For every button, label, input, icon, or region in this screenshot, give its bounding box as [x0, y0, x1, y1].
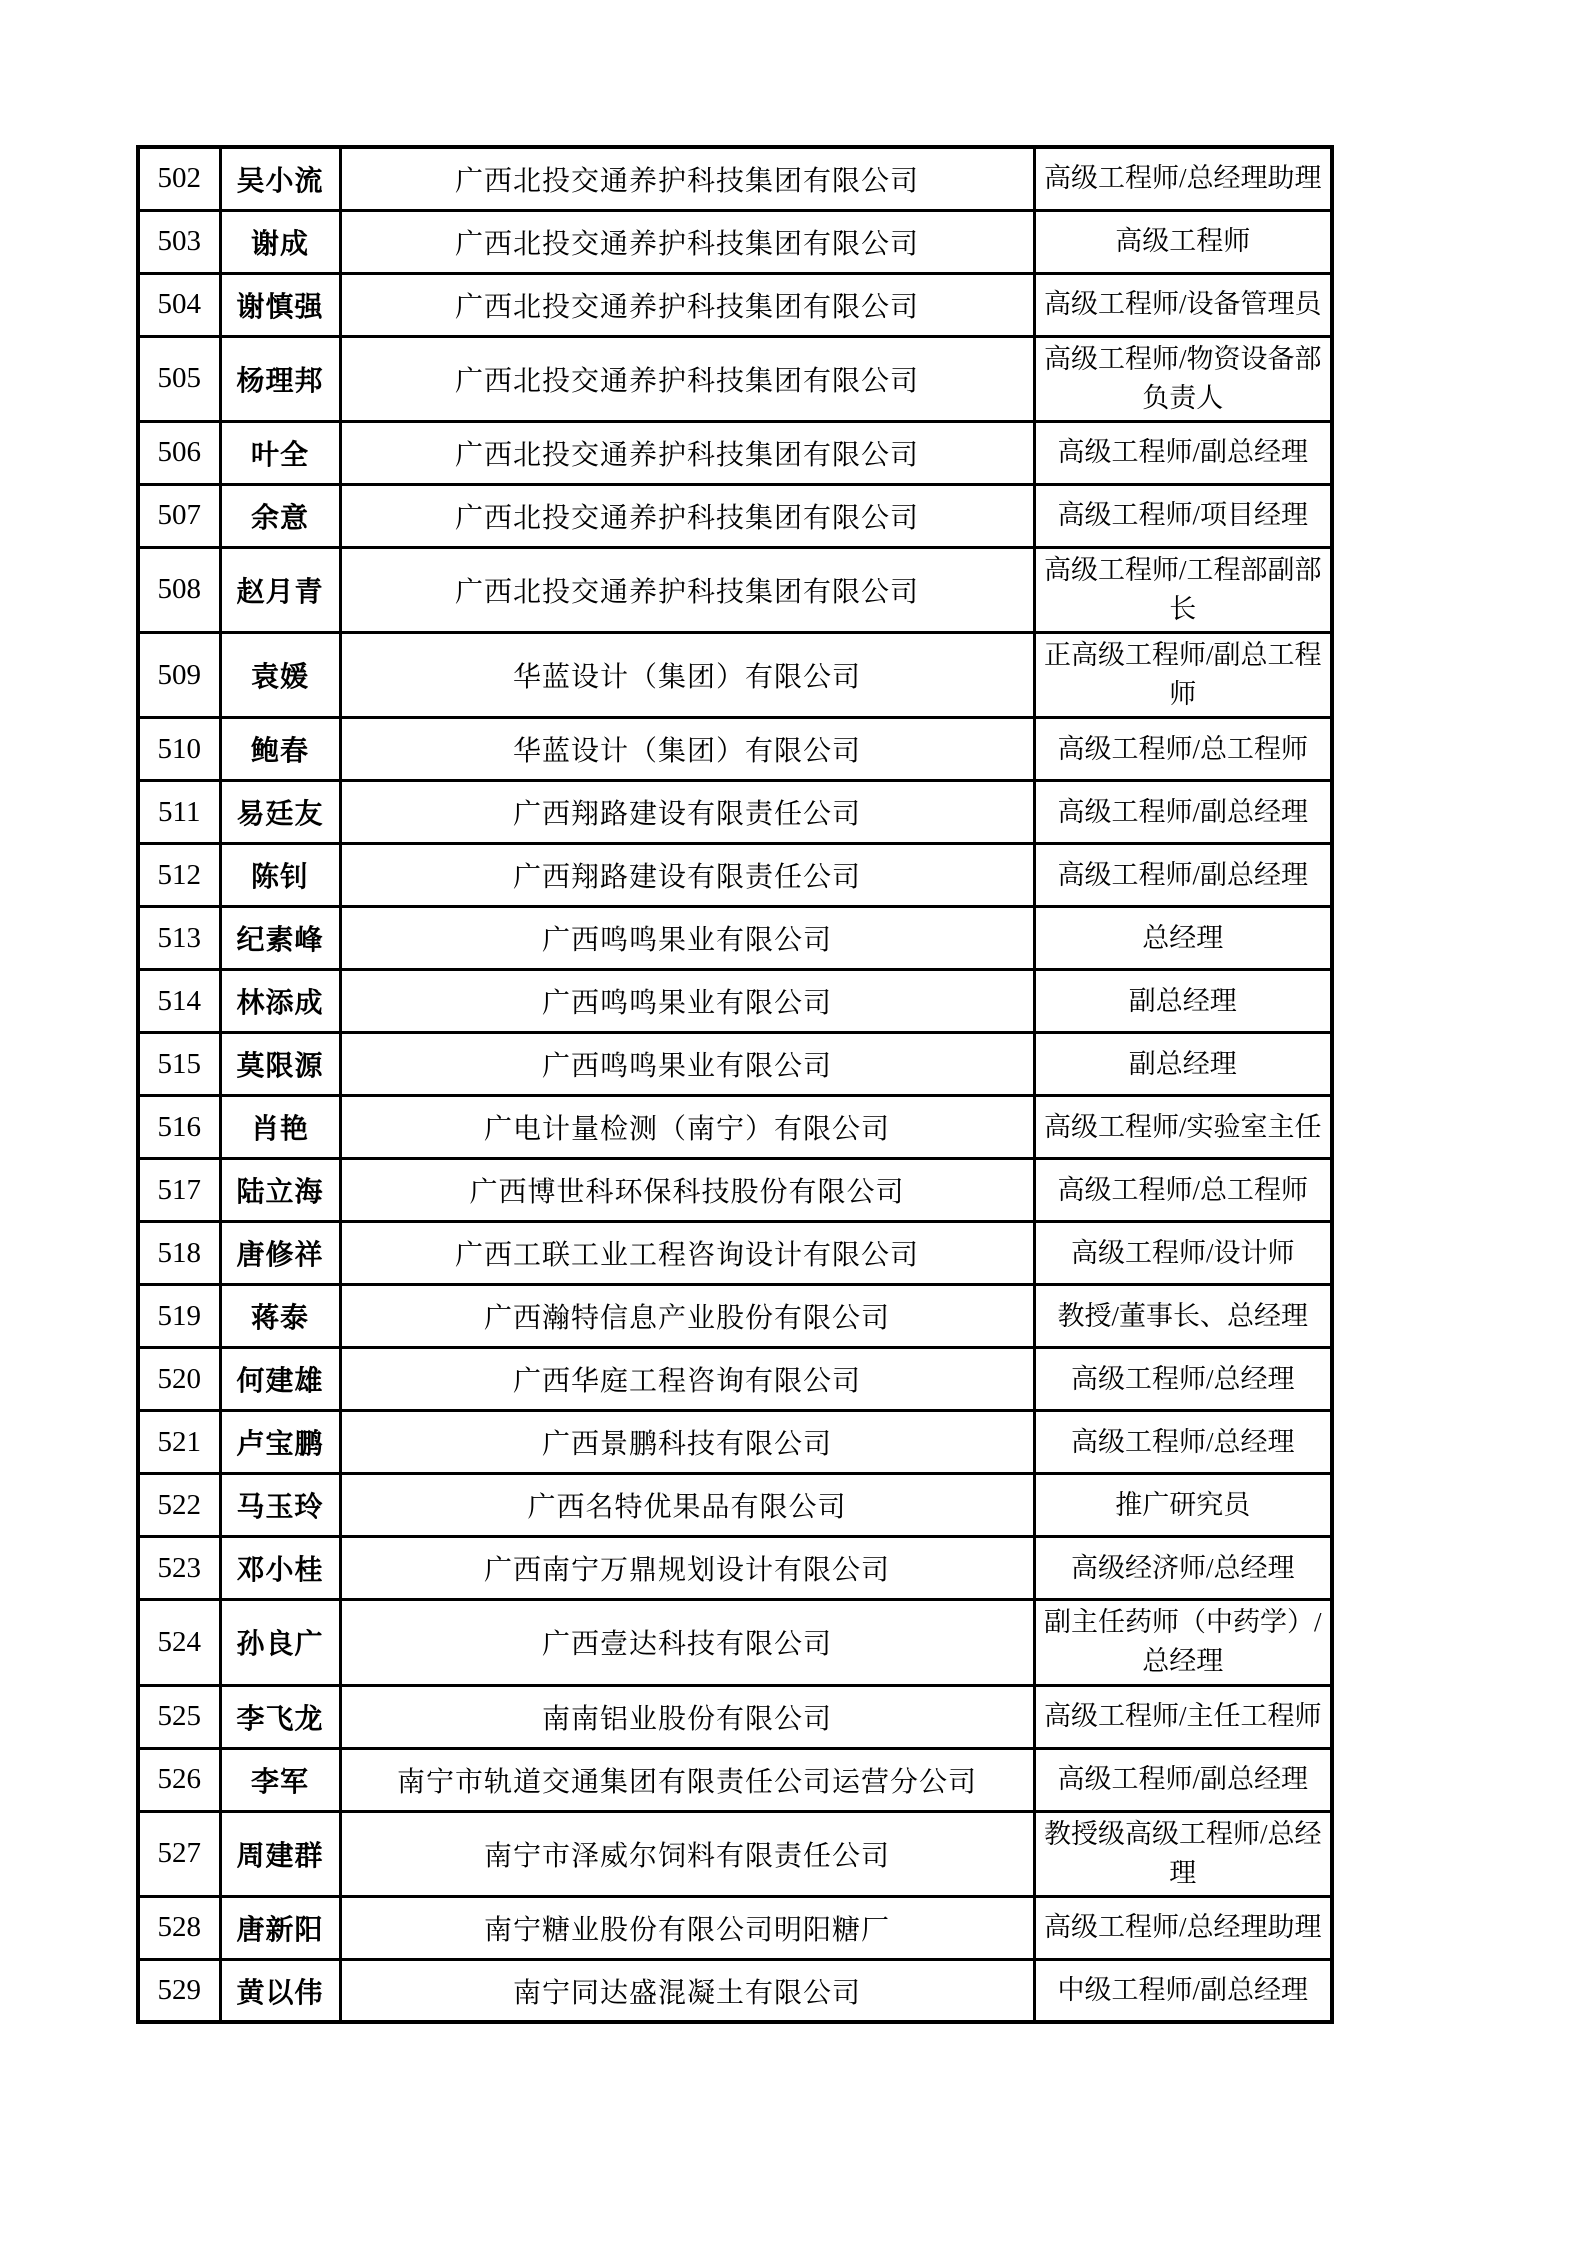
company-cell: 广西北投交通养护科技集团有限公司	[340, 484, 1034, 547]
table-row: 510 鲍春 华蓝设计（集团）有限公司 高级工程师/总工程师	[138, 718, 1332, 781]
person-name-cell: 周建群	[220, 1811, 340, 1896]
company-cell: 广西北投交通养护科技集团有限公司	[340, 336, 1034, 421]
company-cell: 南宁市泽威尔饲料有限责任公司	[340, 1811, 1034, 1896]
table-row: 504 谢慎强 广西北投交通养护科技集团有限公司 高级工程师/设备管理员	[138, 273, 1332, 336]
table-row: 506 叶全 广西北投交通养护科技集团有限公司 高级工程师/副总经理	[138, 421, 1332, 484]
company-cell: 华蓝设计（集团）有限公司	[340, 633, 1034, 718]
row-number-cell: 516	[138, 1096, 220, 1159]
row-number-cell: 523	[138, 1537, 220, 1600]
row-number-cell: 504	[138, 273, 220, 336]
table-row: 525 李飞龙 南南铝业股份有限公司 高级工程师/主任工程师	[138, 1685, 1332, 1748]
table-row: 515 莫限源 广西鸣鸣果业有限公司 副总经理	[138, 1033, 1332, 1096]
title-cell: 教授级高级工程师/总经理	[1034, 1811, 1332, 1896]
company-cell: 广西鸣鸣果业有限公司	[340, 907, 1034, 970]
row-number-cell: 515	[138, 1033, 220, 1096]
company-cell: 广西北投交通养护科技集团有限公司	[340, 273, 1034, 336]
person-name-cell: 谢慎强	[220, 273, 340, 336]
company-cell: 广西翔路建设有限责任公司	[340, 844, 1034, 907]
person-name-cell: 吴小流	[220, 147, 340, 210]
table-row: 520 何建雄 广西华庭工程咨询有限公司 高级工程师/总经理	[138, 1348, 1332, 1411]
title-cell: 高级工程师/副总经理	[1034, 1748, 1332, 1811]
row-number-cell: 528	[138, 1896, 220, 1959]
row-number-cell: 510	[138, 718, 220, 781]
row-number-cell: 522	[138, 1474, 220, 1537]
title-cell: 高级工程师/总经理	[1034, 1348, 1332, 1411]
title-cell: 高级工程师/物资设备部负责人	[1034, 336, 1332, 421]
table-row: 523 邓小桂 广西南宁万鼎规划设计有限公司 高级经济师/总经理	[138, 1537, 1332, 1600]
title-cell: 高级工程师/副总经理	[1034, 844, 1332, 907]
title-cell: 高级工程师/总经理助理	[1034, 147, 1332, 210]
title-cell: 总经理	[1034, 907, 1332, 970]
table-row: 528 唐新阳 南宁糖业股份有限公司明阳糖厂 高级工程师/总经理助理	[138, 1896, 1332, 1959]
title-cell: 高级工程师/副总经理	[1034, 781, 1332, 844]
row-number-cell: 514	[138, 970, 220, 1033]
company-cell: 广西瀚特信息产业股份有限公司	[340, 1285, 1034, 1348]
title-cell: 高级工程师/主任工程师	[1034, 1685, 1332, 1748]
company-cell: 广西名特优果品有限公司	[340, 1474, 1034, 1537]
company-cell: 南宁同达盛混凝土有限公司	[340, 1959, 1034, 2022]
table-row: 522 马玉玲 广西名特优果品有限公司 推广研究员	[138, 1474, 1332, 1537]
table-row: 512 陈钊 广西翔路建设有限责任公司 高级工程师/副总经理	[138, 844, 1332, 907]
person-name-cell: 邓小桂	[220, 1537, 340, 1600]
title-cell: 高级工程师/总工程师	[1034, 718, 1332, 781]
row-number-cell: 527	[138, 1811, 220, 1896]
person-name-cell: 唐新阳	[220, 1896, 340, 1959]
company-cell: 广西南宁万鼎规划设计有限公司	[340, 1537, 1034, 1600]
table-row: 518 唐修祥 广西工联工业工程咨询设计有限公司 高级工程师/设计师	[138, 1222, 1332, 1285]
row-number-cell: 502	[138, 147, 220, 210]
row-number-cell: 520	[138, 1348, 220, 1411]
person-name-cell: 卢宝鹏	[220, 1411, 340, 1474]
title-cell: 高级工程师/项目经理	[1034, 484, 1332, 547]
title-cell: 正高级工程师/副总工程师	[1034, 633, 1332, 718]
company-cell: 广西北投交通养护科技集团有限公司	[340, 210, 1034, 273]
company-cell: 广西翔路建设有限责任公司	[340, 781, 1034, 844]
company-cell: 南南铝业股份有限公司	[340, 1685, 1034, 1748]
person-name-cell: 鲍春	[220, 718, 340, 781]
person-name-cell: 林添成	[220, 970, 340, 1033]
person-name-cell: 李军	[220, 1748, 340, 1811]
row-number-cell: 503	[138, 210, 220, 273]
table-row: 516 肖艳 广电计量检测（南宁）有限公司 高级工程师/实验室主任	[138, 1096, 1332, 1159]
title-cell: 中级工程师/副总经理	[1034, 1959, 1332, 2022]
person-name-cell: 莫限源	[220, 1033, 340, 1096]
person-name-cell: 余意	[220, 484, 340, 547]
title-cell: 副主任药师（中药学）/总经理	[1034, 1600, 1332, 1685]
row-number-cell: 512	[138, 844, 220, 907]
person-name-cell: 叶全	[220, 421, 340, 484]
title-cell: 高级工程师/工程部副部长	[1034, 547, 1332, 632]
person-name-cell: 易廷友	[220, 781, 340, 844]
row-number-cell: 508	[138, 547, 220, 632]
title-cell: 高级工程师/总经理助理	[1034, 1896, 1332, 1959]
table-row: 503 谢成 广西北投交通养护科技集团有限公司 高级工程师	[138, 210, 1332, 273]
title-cell: 副总经理	[1034, 1033, 1332, 1096]
person-name-cell: 谢成	[220, 210, 340, 273]
company-cell: 华蓝设计（集团）有限公司	[340, 718, 1034, 781]
title-cell: 副总经理	[1034, 970, 1332, 1033]
title-cell: 高级工程师/设备管理员	[1034, 273, 1332, 336]
table-row: 508 赵月青 广西北投交通养护科技集团有限公司 高级工程师/工程部副部长	[138, 547, 1332, 632]
table-row: 509 袁媛 华蓝设计（集团）有限公司 正高级工程师/副总工程师	[138, 633, 1332, 718]
company-cell: 广电计量检测（南宁）有限公司	[340, 1096, 1034, 1159]
personnel-table: 502 吴小流 广西北投交通养护科技集团有限公司 高级工程师/总经理助理 503…	[136, 145, 1334, 2024]
title-cell: 高级工程师/总工程师	[1034, 1159, 1332, 1222]
person-name-cell: 蒋泰	[220, 1285, 340, 1348]
table-row: 527 周建群 南宁市泽威尔饲料有限责任公司 教授级高级工程师/总经理	[138, 1811, 1332, 1896]
company-cell: 广西博世科环保科技股份有限公司	[340, 1159, 1034, 1222]
row-number-cell: 526	[138, 1748, 220, 1811]
company-cell: 广西壹达科技有限公司	[340, 1600, 1034, 1685]
title-cell: 教授/董事长、总经理	[1034, 1285, 1332, 1348]
company-cell: 广西华庭工程咨询有限公司	[340, 1348, 1034, 1411]
person-name-cell: 李飞龙	[220, 1685, 340, 1748]
person-name-cell: 赵月青	[220, 547, 340, 632]
table-row: 514 林添成 广西鸣鸣果业有限公司 副总经理	[138, 970, 1332, 1033]
row-number-cell: 529	[138, 1959, 220, 2022]
row-number-cell: 521	[138, 1411, 220, 1474]
table-row: 524 孙良广 广西壹达科技有限公司 副主任药师（中药学）/总经理	[138, 1600, 1332, 1685]
row-number-cell: 524	[138, 1600, 220, 1685]
table-row: 519 蒋泰 广西瀚特信息产业股份有限公司 教授/董事长、总经理	[138, 1285, 1332, 1348]
title-cell: 高级工程师	[1034, 210, 1332, 273]
company-cell: 广西鸣鸣果业有限公司	[340, 1033, 1034, 1096]
company-cell: 广西北投交通养护科技集团有限公司	[340, 421, 1034, 484]
person-name-cell: 肖艳	[220, 1096, 340, 1159]
person-name-cell: 马玉玲	[220, 1474, 340, 1537]
document-page: 502 吴小流 广西北投交通养护科技集团有限公司 高级工程师/总经理助理 503…	[0, 0, 1587, 2244]
company-cell: 广西北投交通养护科技集团有限公司	[340, 547, 1034, 632]
table-row: 502 吴小流 广西北投交通养护科技集团有限公司 高级工程师/总经理助理	[138, 147, 1332, 210]
person-name-cell: 黄以伟	[220, 1959, 340, 2022]
person-name-cell: 袁媛	[220, 633, 340, 718]
title-cell: 高级工程师/设计师	[1034, 1222, 1332, 1285]
person-name-cell: 唐修祥	[220, 1222, 340, 1285]
table-row: 517 陆立海 广西博世科环保科技股份有限公司 高级工程师/总工程师	[138, 1159, 1332, 1222]
person-name-cell: 纪素峰	[220, 907, 340, 970]
title-cell: 高级工程师/副总经理	[1034, 421, 1332, 484]
table-row: 507 余意 广西北投交通养护科技集团有限公司 高级工程师/项目经理	[138, 484, 1332, 547]
row-number-cell: 517	[138, 1159, 220, 1222]
title-cell: 高级经济师/总经理	[1034, 1537, 1332, 1600]
row-number-cell: 519	[138, 1285, 220, 1348]
row-number-cell: 505	[138, 336, 220, 421]
table-row: 529 黄以伟 南宁同达盛混凝土有限公司 中级工程师/副总经理	[138, 1959, 1332, 2022]
table-row: 511 易廷友 广西翔路建设有限责任公司 高级工程师/副总经理	[138, 781, 1332, 844]
row-number-cell: 507	[138, 484, 220, 547]
company-cell: 广西景鹏科技有限公司	[340, 1411, 1034, 1474]
title-cell: 推广研究员	[1034, 1474, 1332, 1537]
company-cell: 广西工联工业工程咨询设计有限公司	[340, 1222, 1034, 1285]
company-cell: 南宁糖业股份有限公司明阳糖厂	[340, 1896, 1034, 1959]
person-name-cell: 何建雄	[220, 1348, 340, 1411]
person-name-cell: 孙良广	[220, 1600, 340, 1685]
company-cell: 广西北投交通养护科技集团有限公司	[340, 147, 1034, 210]
company-cell: 南宁市轨道交通集团有限责任公司运营分公司	[340, 1748, 1034, 1811]
title-cell: 高级工程师/总经理	[1034, 1411, 1332, 1474]
person-name-cell: 杨理邦	[220, 336, 340, 421]
table-row: 526 李军 南宁市轨道交通集团有限责任公司运营分公司 高级工程师/副总经理	[138, 1748, 1332, 1811]
person-name-cell: 陆立海	[220, 1159, 340, 1222]
row-number-cell: 525	[138, 1685, 220, 1748]
row-number-cell: 518	[138, 1222, 220, 1285]
row-number-cell: 509	[138, 633, 220, 718]
company-cell: 广西鸣鸣果业有限公司	[340, 970, 1034, 1033]
row-number-cell: 513	[138, 907, 220, 970]
table-row: 513 纪素峰 广西鸣鸣果业有限公司 总经理	[138, 907, 1332, 970]
table-row: 505 杨理邦 广西北投交通养护科技集团有限公司 高级工程师/物资设备部负责人	[138, 336, 1332, 421]
row-number-cell: 506	[138, 421, 220, 484]
title-cell: 高级工程师/实验室主任	[1034, 1096, 1332, 1159]
person-name-cell: 陈钊	[220, 844, 340, 907]
row-number-cell: 511	[138, 781, 220, 844]
table-row: 521 卢宝鹏 广西景鹏科技有限公司 高级工程师/总经理	[138, 1411, 1332, 1474]
